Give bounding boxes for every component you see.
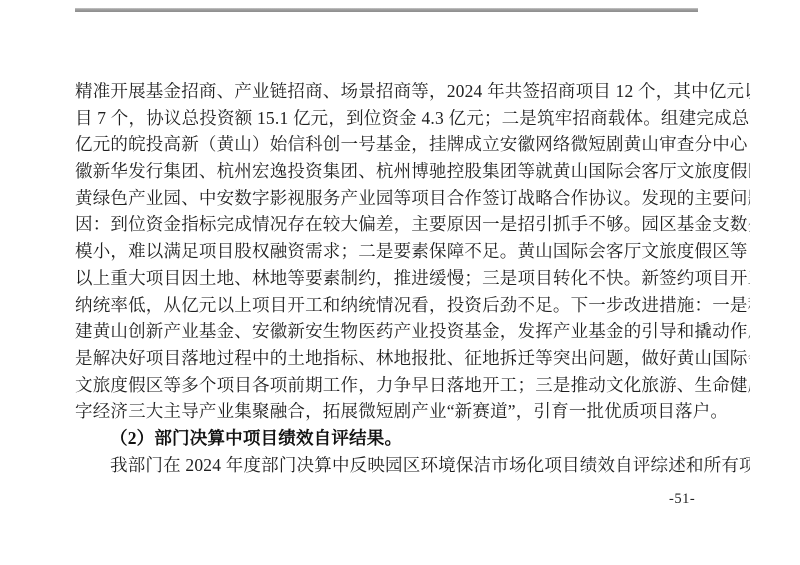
body-text-line: 文旅度假区等多个项目各项前期工作，力争早日落地开工；三是推动文化旅游、生命健康、… bbox=[75, 372, 750, 399]
body-text-line: 我部门在 2024 年度部门决算中反映园区环境保洁市场化项目绩效自评综述和所有项… bbox=[75, 452, 750, 479]
document-page: { "page": { "number_label": "-51-", "div… bbox=[0, 0, 800, 565]
page-top-divider bbox=[75, 8, 698, 12]
body-text-line: 目 7 个，协议总投资额 15.1 亿元，到位资金 4.3 亿元；二是筑牢招商载… bbox=[75, 105, 750, 132]
body-text-line: 以上重大项目因土地、林地等要素制约，推进缓慢；三是项目转化不快。新签约项目开工率… bbox=[75, 265, 750, 292]
body-text-line: 字经济三大主导产业集聚融合，拓展微短剧产业“新赛道”，引育一批优质项目落户。 bbox=[75, 398, 750, 425]
body-text-line: 建黄山创新产业基金、安徽新安生物医药产业投资基金，发挥产业基金的引导和撬动作用；… bbox=[75, 318, 750, 345]
body-text-line: 因：到位资金指标完成情况存在较大偏差，主要原因一是招引抓手不够。园区基金支数少，… bbox=[75, 211, 750, 238]
document-text-block: 精准开展基金招商、产业链招商、场景招商等，2024 年共签招商项目 12 个，其… bbox=[75, 78, 750, 478]
body-text-line: 纳统率低，从亿元以上项目开工和纳统情况看，投资后劲不足。下一步改进措施：一是积极… bbox=[75, 292, 750, 319]
page-number: -51- bbox=[669, 491, 695, 508]
body-text-line: 亿元的皖投高新（黄山）始信科创一号基金，挂牌成立安徽网络微短剧黄山审查分中心；与… bbox=[75, 131, 750, 158]
section-heading: （2）部门决算中项目绩效自评结果。 bbox=[75, 425, 750, 452]
body-text-line: 模小，难以满足项目股权融资需求；二是要素保障不足。黄山国际会客厅文旅度假区等 1… bbox=[75, 238, 750, 265]
body-text-line: 徽新华发行集团、杭州宏逸投资集团、杭州博驰控股集团等就黄山国际会客厅文旅度假区、… bbox=[75, 158, 750, 185]
body-text-line: 黄绿色产业园、中安数字影视服务产业园等项目合作签订战略合作协议。发现的主要问题及… bbox=[75, 185, 750, 212]
body-text-line: 精准开展基金招商、产业链招商、场景招商等，2024 年共签招商项目 12 个，其… bbox=[75, 78, 750, 105]
body-text-line: 是解决好项目落地过程中的土地指标、林地报批、征地拆迁等突出问题，做好黄山国际会客… bbox=[75, 345, 750, 372]
